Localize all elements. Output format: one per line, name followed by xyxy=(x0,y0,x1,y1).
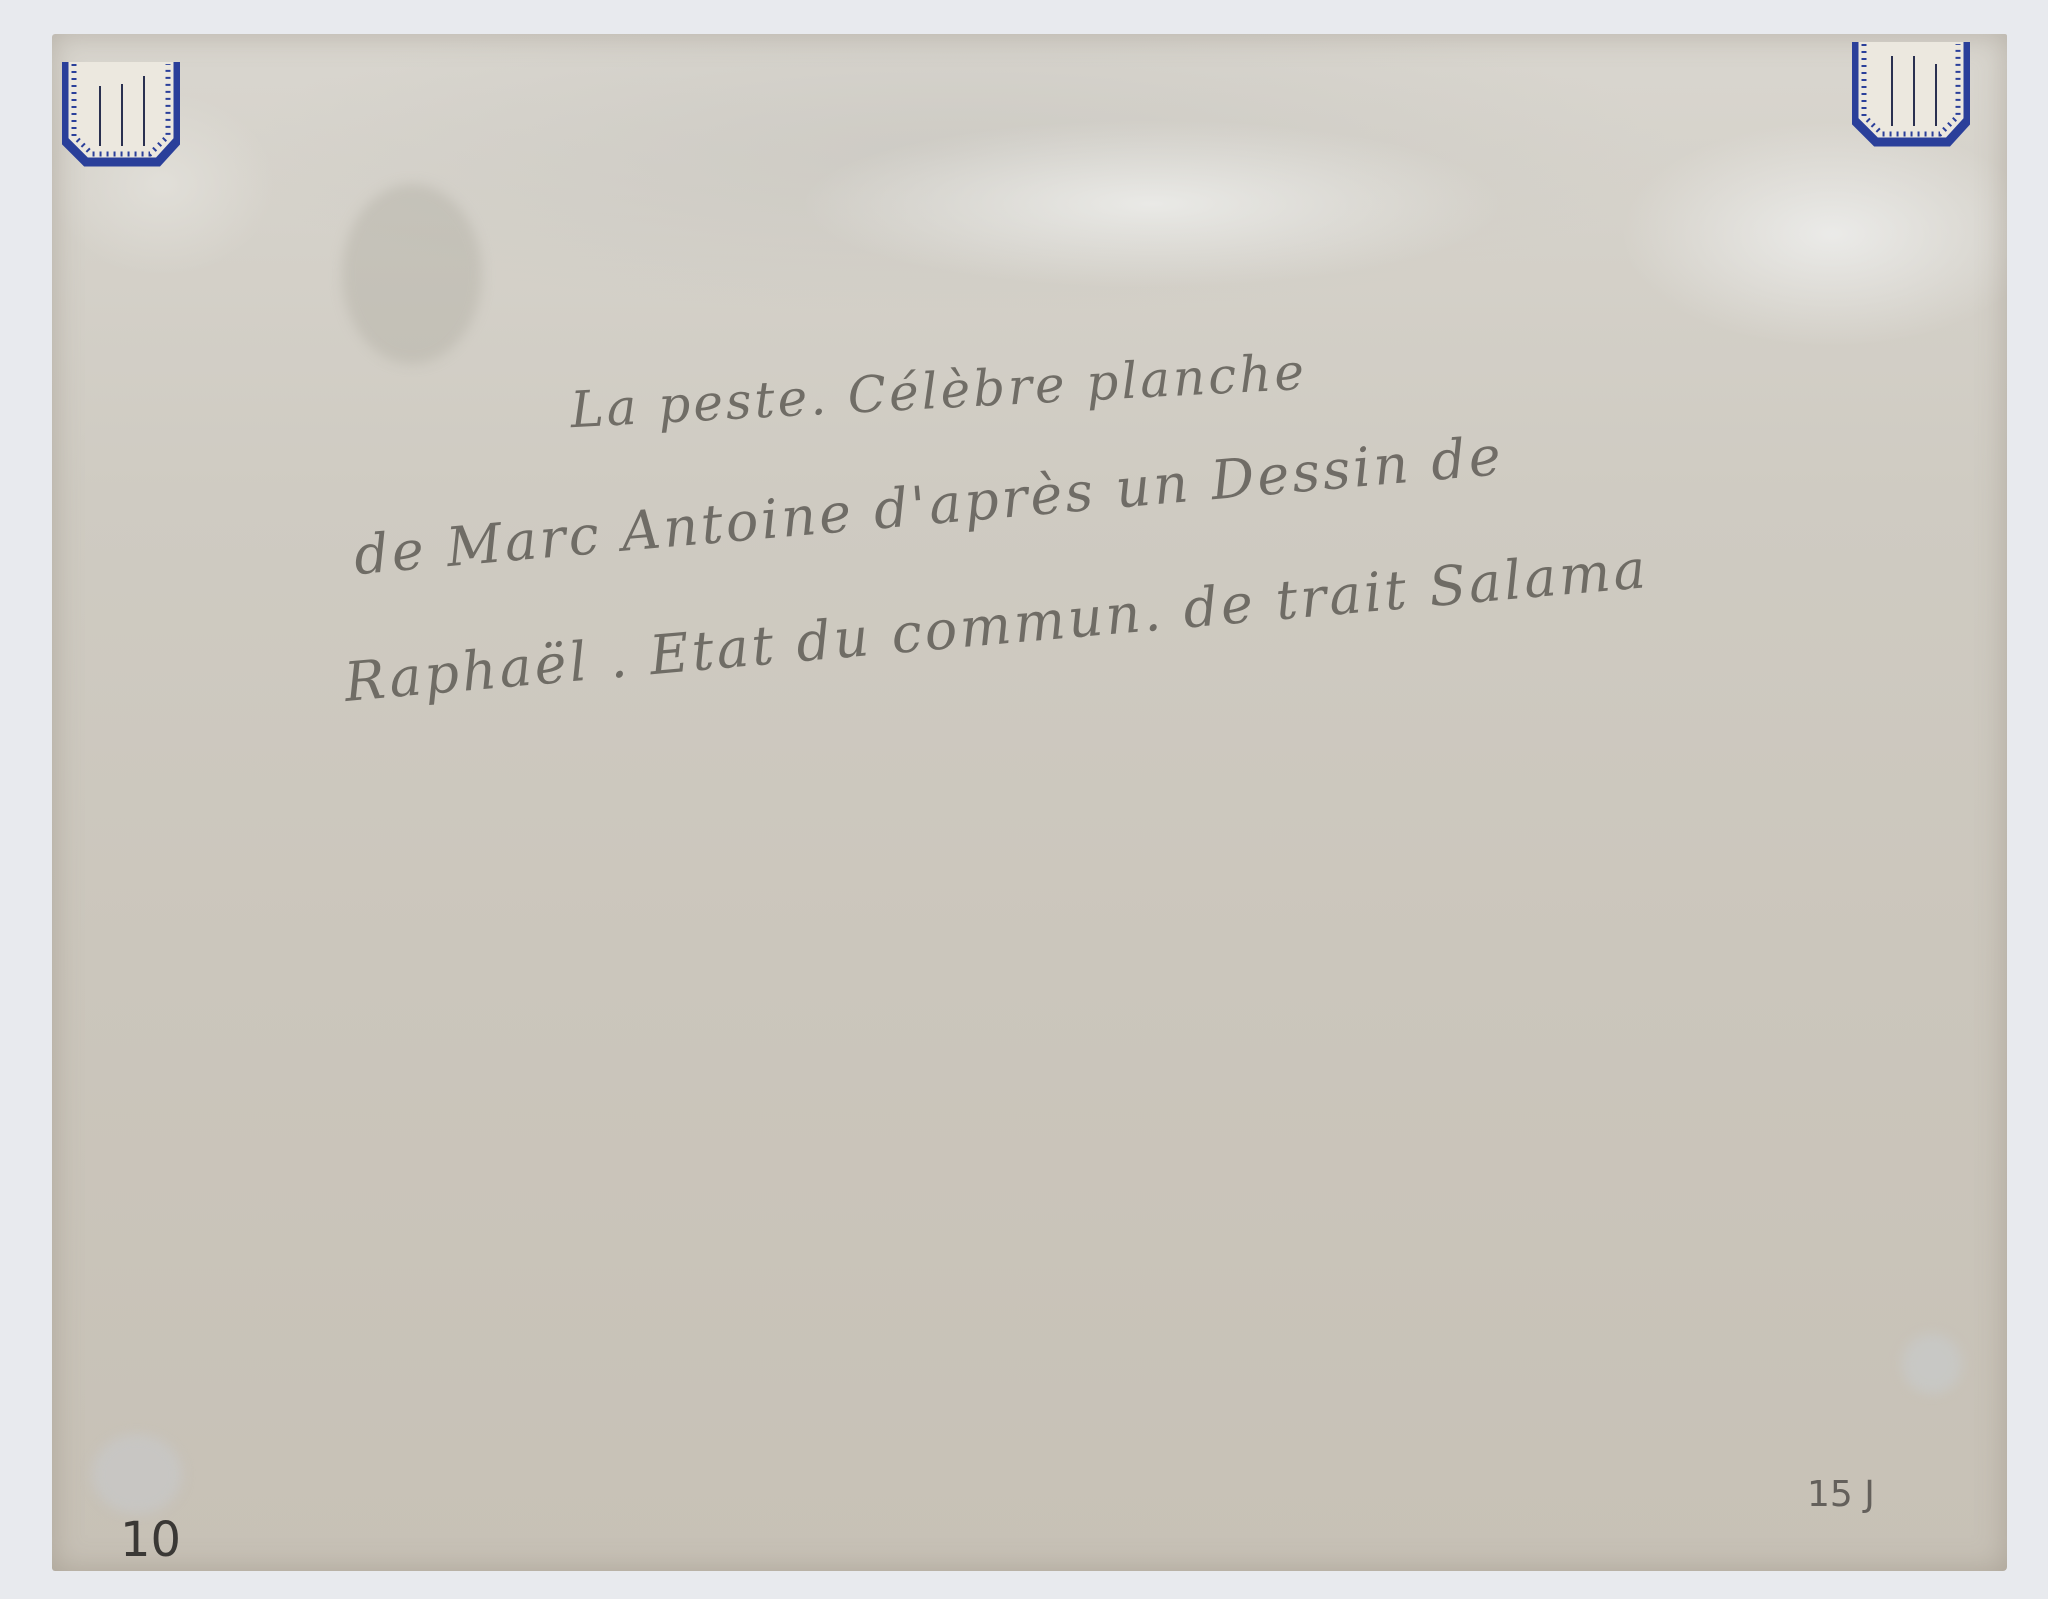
blue-paper-hinge-icon xyxy=(62,56,180,168)
paper-sheet: La peste. Célèbre planche de Marc Antoin… xyxy=(52,34,2007,1571)
inscription-line-2: de Marc Antoine d'après un Dessin de xyxy=(351,424,1506,587)
corner-number-left: 10 xyxy=(120,1512,181,1568)
stain xyxy=(1902,1334,1962,1394)
blue-paper-hinge-icon xyxy=(1852,36,1970,148)
inscription-line-1: La peste. Célèbre planche xyxy=(569,343,1308,440)
stain xyxy=(92,1434,182,1514)
corner-number-right: 15 J xyxy=(1807,1474,1875,1515)
stain xyxy=(342,184,482,364)
